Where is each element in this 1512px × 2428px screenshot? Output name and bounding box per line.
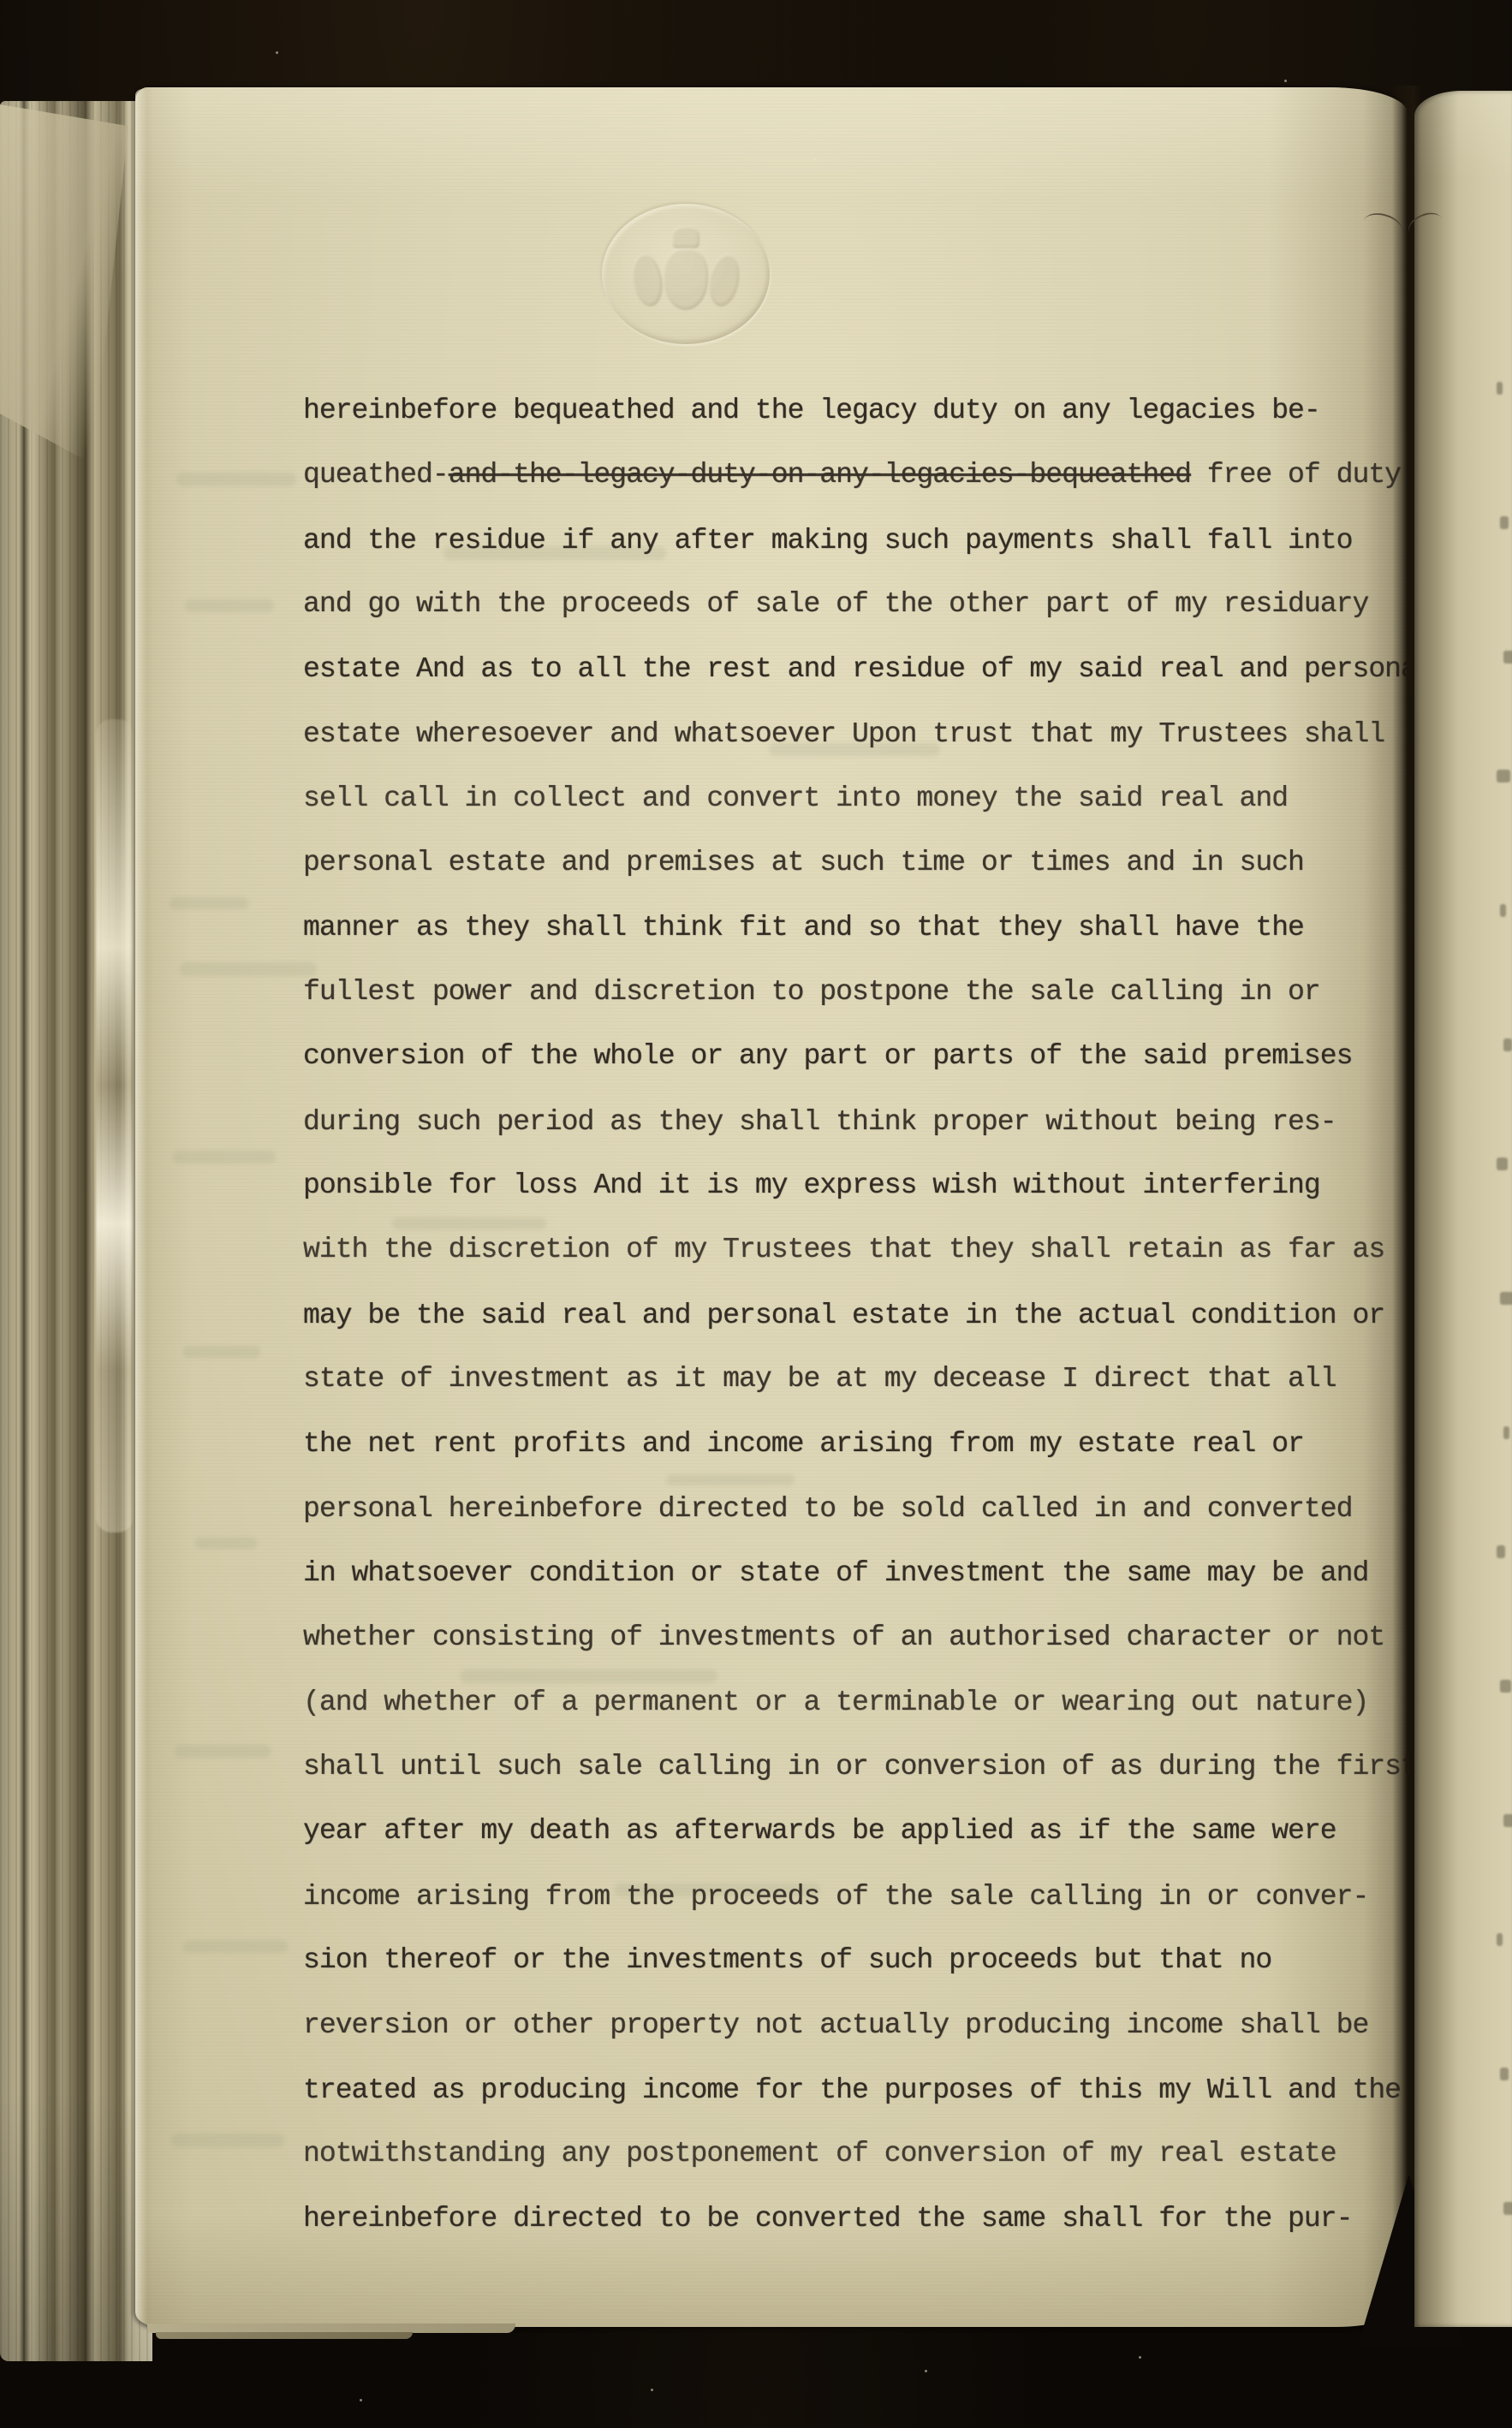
typed-line: (and whether of a permanent or a termina… <box>303 1670 1409 1735</box>
bleed-through-smudge <box>185 599 274 612</box>
facing-page-text-fragment <box>1497 382 1503 395</box>
facing-page-text-fragment <box>1500 904 1506 917</box>
dust-speck <box>360 2399 362 2401</box>
typed-line: whether consisting of investments of an … <box>303 1605 1409 1669</box>
typed-line: hereinbefore directed to be converted th… <box>303 2187 1409 2251</box>
facing-page-text-fragment <box>1500 2068 1509 2080</box>
bleed-through-smudge <box>180 962 317 976</box>
bleed-through-smudge <box>175 1745 271 1758</box>
typed-line: in whatsoever condition or state of inve… <box>303 1541 1409 1605</box>
facing-page-text-fragment <box>1500 1292 1512 1305</box>
typed-line: income arising from the proceeds of the … <box>303 1865 1409 1929</box>
page-curl-highlight <box>135 89 147 2324</box>
facing-page-text-fragment <box>1503 1814 1512 1827</box>
bleed-through-smudge <box>183 1940 288 1953</box>
typed-line: sell call in collect and convert into mo… <box>303 766 1409 830</box>
typed-line: may be the said real and personal estate… <box>303 1283 1409 1348</box>
typed-line: ponsible for loss And it is my express w… <box>303 1153 1409 1217</box>
crest-right-supporter-shape <box>705 252 743 309</box>
bleed-through-smudge <box>173 1151 276 1163</box>
bleed-through-smudge <box>176 473 296 486</box>
bleed-through-smudge <box>183 1346 260 1358</box>
facing-page-text-fragment <box>1503 1426 1509 1439</box>
shiny-page-edge <box>96 719 134 1532</box>
crest-shield-shape <box>664 248 708 310</box>
facing-page-text-fragment <box>1497 1933 1503 1946</box>
typed-line: hereinbefore bequeathed and the legacy d… <box>303 378 1409 443</box>
crest-crown-shape <box>672 226 699 248</box>
typed-line: estate And as to all the rest and residu… <box>303 637 1409 701</box>
bleed-through-smudge <box>195 1538 257 1549</box>
typed-line: with the discretion of my Trustees that … <box>303 1217 1409 1282</box>
typed-line: personal hereinbefore directed to be sol… <box>303 1477 1409 1541</box>
facing-page-text-fragment <box>1503 1038 1512 1051</box>
under-sheet-edge <box>156 2332 413 2339</box>
facing-page-text-fragment <box>1503 651 1512 664</box>
facing-page-text-fragment <box>1497 1157 1508 1170</box>
book-photograph: hereinbefore bequeathed and the legacy d… <box>0 0 1512 2428</box>
typed-line: the net rent profits and income arising … <box>303 1412 1409 1476</box>
typewritten-text: hereinbefore bequeathed and the legacy d… <box>303 378 1409 2288</box>
facing-page <box>1414 91 1512 2327</box>
facing-page-text-fragment <box>1497 770 1510 783</box>
dust-speck <box>1139 2356 1141 2359</box>
typed-line: personal estate and premises at such tim… <box>303 830 1409 895</box>
typed-line: conversion of the whole or any part or p… <box>303 1024 1409 1088</box>
facing-page-text-fragment <box>1497 1545 1505 1558</box>
typed-line: manner as they shall think fit and so th… <box>303 896 1409 960</box>
typed-line: and the residue if any after making such… <box>303 509 1409 573</box>
typed-line: sion thereof or the investments of such … <box>303 1928 1409 1992</box>
facing-page-text-fragment <box>1503 2202 1512 2215</box>
typed-line: fullest power and discretion to postpone… <box>303 960 1409 1024</box>
dust-speck <box>813 158 816 161</box>
facing-page-text-fragment <box>1500 516 1509 529</box>
typed-line: shall until such sale calling in or conv… <box>303 1735 1409 1799</box>
facing-page-text-fragment <box>1500 1680 1511 1693</box>
dust-speck <box>651 2389 653 2391</box>
crest-left-supporter-shape <box>628 252 666 309</box>
typed-line: year after my death as afterwards be app… <box>303 1799 1409 1863</box>
typed-line: notwithstanding any postponement of conv… <box>303 2122 1409 2186</box>
typed-line: reversion or other property not actually… <box>303 1993 1409 2057</box>
typed-line: during such period as they shall think p… <box>303 1090 1409 1154</box>
struck-out-text: and-the-legacy-duty-on-any-legacies-bequ… <box>449 459 1191 491</box>
bleed-through-smudge <box>171 2133 284 2147</box>
dust-speck <box>276 51 278 54</box>
typed-line: and go with the proceeds of sale of the … <box>303 572 1409 636</box>
embossed-crest-seal-icon <box>602 204 770 344</box>
typed-line: treated as producing income for the purp… <box>303 2058 1409 2122</box>
typed-line: state of investment as it may be at my d… <box>303 1347 1409 1411</box>
dust-speck <box>1284 80 1287 82</box>
typed-line: estate wheresoever and whatsoever Upon t… <box>303 702 1409 766</box>
bleed-through-smudge <box>170 897 248 909</box>
typed-line: queathed-and-the-legacy-duty-on-any-lega… <box>303 443 1409 507</box>
will-page: hereinbefore bequeathed and the legacy d… <box>135 87 1408 2327</box>
dust-speck <box>925 2370 927 2372</box>
